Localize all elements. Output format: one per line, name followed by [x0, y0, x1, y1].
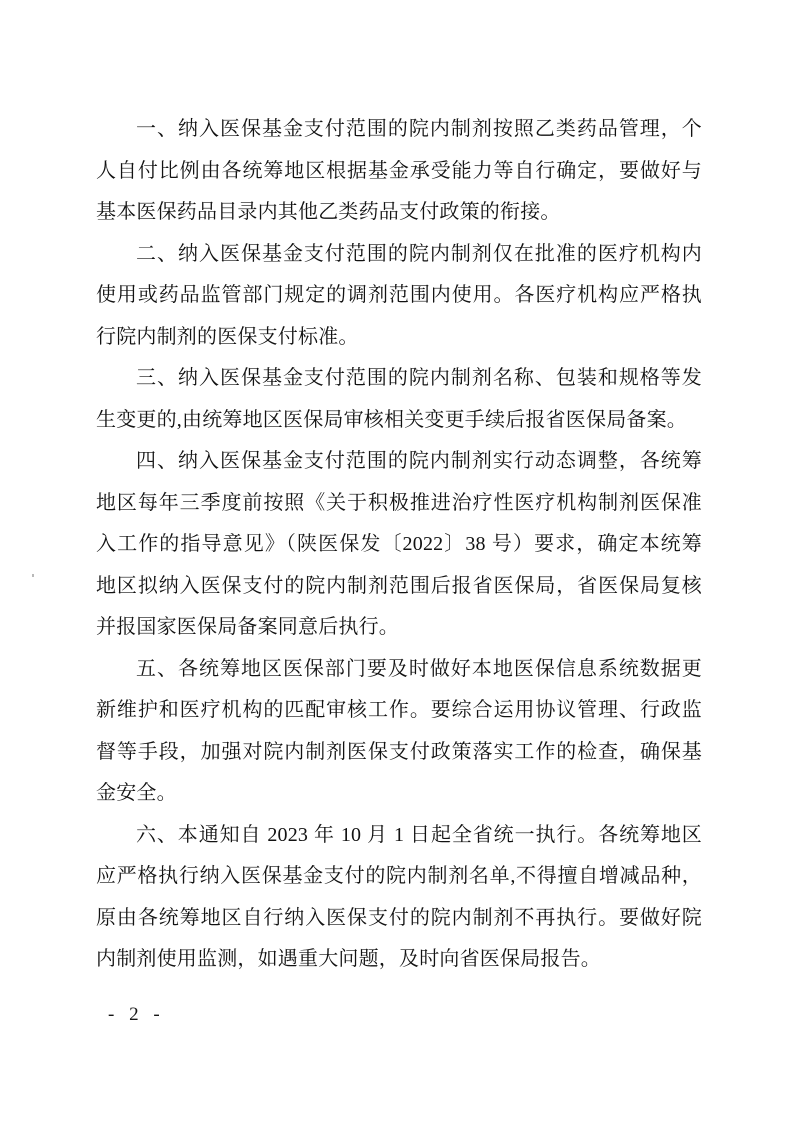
- paragraph-1: 一、纳入医保基金支付范围的院内制剂按照乙类药品管理，个 人自付比例由各统筹地区根…: [96, 109, 702, 234]
- text-line: 一、纳入医保基金支付范围的院内制剂按照乙类药品管理，个: [96, 109, 702, 151]
- text-line: 四、纳入医保基金支付范围的院内制剂实行动态调整，各统筹: [96, 441, 702, 483]
- document-body: 一、纳入医保基金支付范围的院内制剂按照乙类药品管理，个 人自付比例由各统筹地区根…: [96, 109, 702, 981]
- text-line: 行院内制剂的医保支付标准。: [96, 317, 702, 359]
- text-line: 金安全。: [96, 773, 702, 815]
- text-line: 督等手段，加强对院内制剂医保支付政策落实工作的检查，确保基: [96, 732, 702, 774]
- text-line: 入工作的指导意见》（陕医保发〔2022〕38 号）要求，确定本统筹: [96, 524, 702, 566]
- text-line: 三、纳入医保基金支付范围的院内制剂名称、包装和规格等发: [96, 358, 702, 400]
- page-number: - 2 -: [108, 1004, 165, 1026]
- text-line: 五、各统筹地区医保部门要及时做好本地医保信息系统数据更: [96, 649, 702, 691]
- paragraph-5: 五、各统筹地区医保部门要及时做好本地医保信息系统数据更 新维护和医疗机构的匹配审…: [96, 649, 702, 815]
- paragraph-4: 四、纳入医保基金支付范围的院内制剂实行动态调整，各统筹 地区每年三季度前按照《关…: [96, 441, 702, 649]
- document-page: 一、纳入医保基金支付范围的院内制剂按照乙类药品管理，个 人自付比例由各统筹地区根…: [0, 0, 794, 1122]
- text-line: 六、本通知自 2023 年 10 月 1 日起全省统一执行。各统筹地区: [96, 815, 702, 857]
- text-line: 人自付比例由各统筹地区根据基金承受能力等自行确定，要做好与: [96, 151, 702, 193]
- text-line: 并报国家医保局备案同意后执行。: [96, 607, 702, 649]
- text-line: 新维护和医疗机构的匹配审核工作。要综合运用协议管理、行政监: [96, 690, 702, 732]
- text-line: 地区拟纳入医保支付的院内制剂范围后报省医保局，省医保局复核: [96, 566, 702, 608]
- paragraph-6: 六、本通知自 2023 年 10 月 1 日起全省统一执行。各统筹地区 应严格执…: [96, 815, 702, 981]
- text-line: 基本医保药品目录内其他乙类药品支付政策的衔接。: [96, 192, 702, 234]
- text-line: 二、纳入医保基金支付范围的院内制剂仅在批准的医疗机构内: [96, 234, 702, 276]
- text-line: 原由各统筹地区自行纳入医保支付的院内制剂不再执行。要做好院: [96, 898, 702, 940]
- text-line: 地区每年三季度前按照《关于积极推进治疗性医疗机构制剂医保准: [96, 483, 702, 525]
- scan-speck: [32, 574, 34, 577]
- text-line: 应严格执行纳入医保基金支付的院内制剂名单,不得擅自增减品种，: [96, 856, 702, 898]
- text-line: 使用或药品监管部门规定的调剂范围内使用。各医疗机构应严格执: [96, 275, 702, 317]
- text-line: 内制剂使用监测，如遇重大问题，及时向省医保局报告。: [96, 939, 702, 981]
- paragraph-2: 二、纳入医保基金支付范围的院内制剂仅在批准的医疗机构内 使用或药品监管部门规定的…: [96, 234, 702, 359]
- paragraph-3: 三、纳入医保基金支付范围的院内制剂名称、包装和规格等发 生变更的,由统筹地区医保…: [96, 358, 702, 441]
- text-line: 生变更的,由统筹地区医保局审核相关变更手续后报省医保局备案。: [96, 400, 702, 442]
